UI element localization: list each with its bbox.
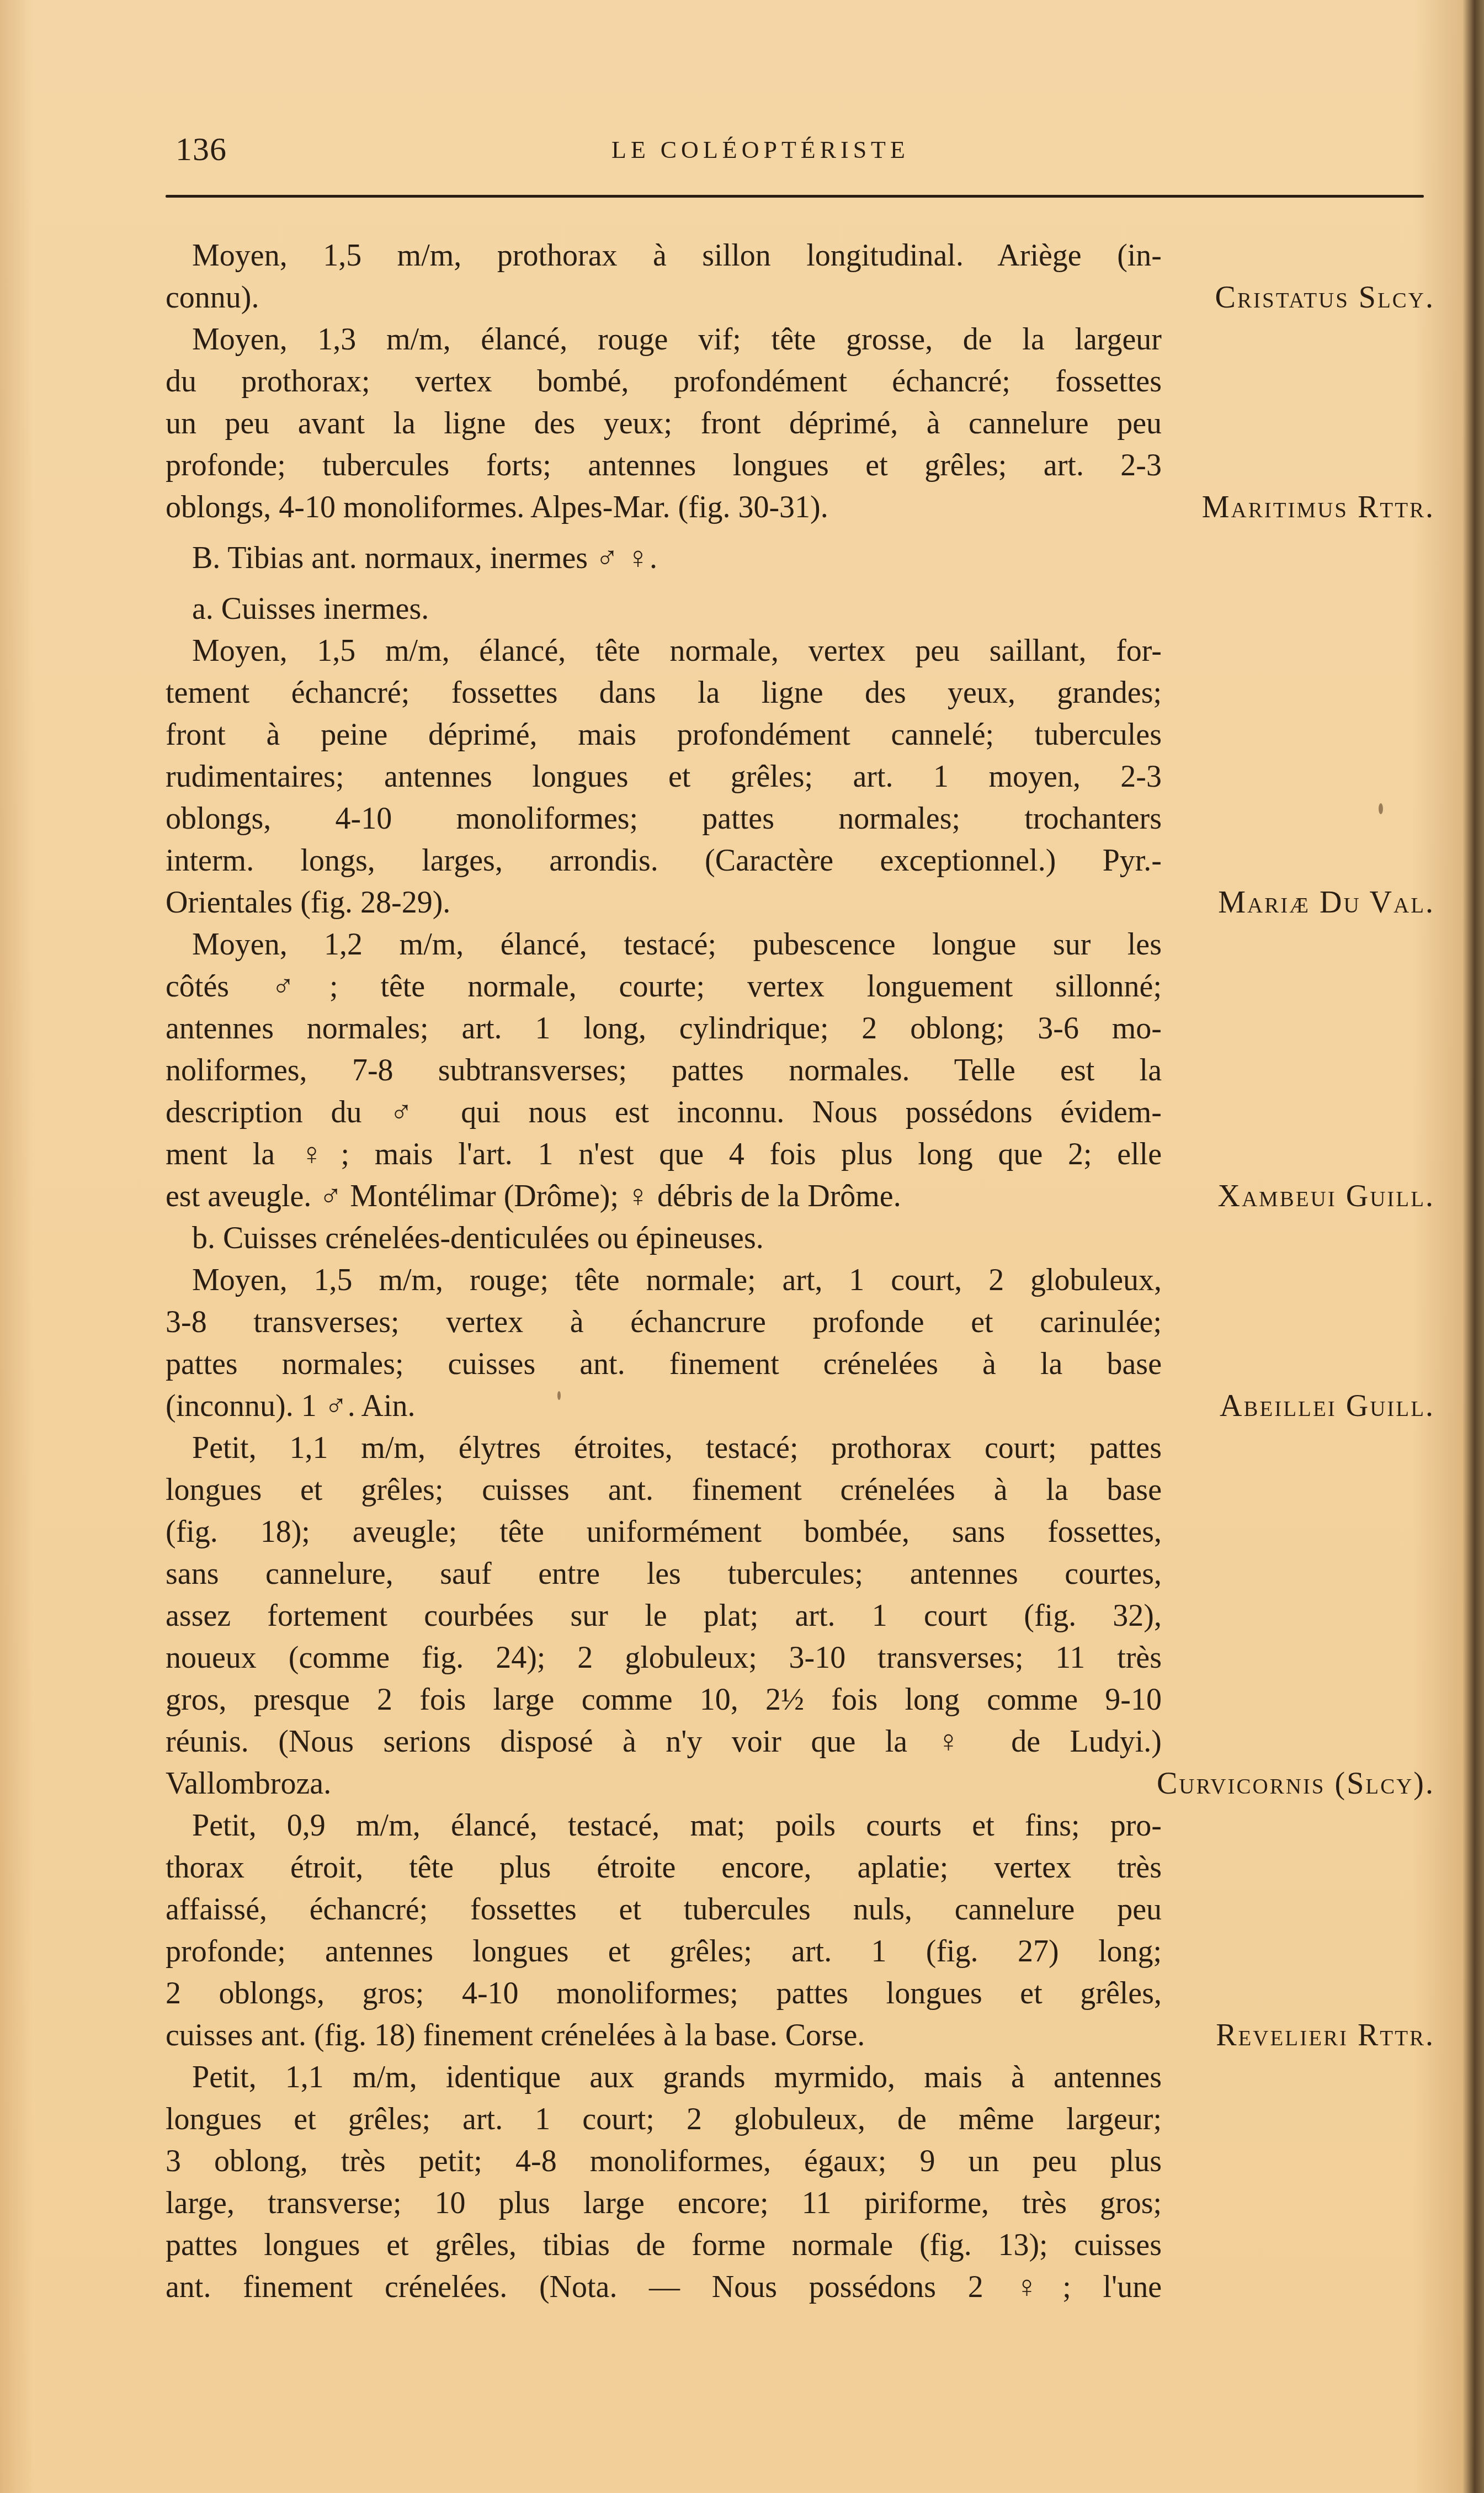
line-text: (inconnu). 1 ♂. Ain.	[166, 1385, 1162, 1427]
line-text: thorax étroit, tête plus étroite encore,…	[166, 1847, 1162, 1889]
text-line: Petit, 1,1 m/m, identique aux grands myr…	[166, 2056, 1435, 2098]
line-text: longues et grêles; cuisses ant. finement…	[166, 1469, 1162, 1511]
line-text: affaissé, échancré; fossettes et tubercu…	[166, 1889, 1162, 1930]
line-text: noueux (comme fig. 24); 2 globuleux; 3-1…	[166, 1637, 1162, 1679]
species-entry: Petit, 0,9 m/m, élancé, testacé, mat; po…	[166, 1805, 1435, 2056]
text-line: assez fortement courbées sur le plat; ar…	[166, 1595, 1435, 1637]
subsection-heading: a. Cuisses inermes.	[166, 588, 1435, 630]
line-text: antennes normales; art. 1 long, cylindri…	[166, 1007, 1162, 1049]
line-text: 3 oblong, très petit; 4-8 monoliformes, …	[166, 2140, 1162, 2182]
line-text: pattes normales; cuisses ant. finement c…	[166, 1343, 1162, 1385]
line-text: Orientales (fig. 28-29).	[166, 882, 1162, 924]
line-text: ment la ♀; mais l'art. 1 n'est que 4 foi…	[166, 1133, 1162, 1175]
species-entry: Moyen, 1,3 m/m, élancé, rouge vif; tête …	[166, 319, 1435, 528]
text-line: profonde; antennes longues et grêles; ar…	[166, 1930, 1435, 1972]
running-title: LE COLÉOPTÉRISTE	[611, 136, 909, 164]
line-text: est aveugle. ♂ Montélimar (Drôme); ♀ déb…	[166, 1175, 1162, 1217]
line-text: Petit, 0,9 m/m, élancé, testacé, mat; po…	[166, 1805, 1162, 1847]
line-text: Moyen, 1,5 m/m, élancé, tête normale, ve…	[166, 630, 1162, 672]
line-text: Moyen, 1,2 m/m, élancé, testacé; pubesce…	[166, 924, 1162, 966]
line-text: tement échancré; fossettes dans la ligne…	[166, 672, 1162, 714]
species-name: Cristatus Slcy.	[1215, 277, 1435, 319]
line-text: réunis. (Nous serions disposé à n'y voir…	[166, 1721, 1162, 1763]
line-text: pattes longues et grêles, tibias de form…	[166, 2224, 1162, 2266]
line-text: profonde; tubercules forts; antennes lon…	[166, 444, 1162, 486]
page-body: Moyen, 1,5 m/m, prothorax à sillon longi…	[166, 235, 1435, 2308]
text-line: Moyen, 1,5 m/m, rouge; tête normale; art…	[166, 1259, 1435, 1301]
heading-text: b. Cuisses crénelées-denticulées ou épin…	[166, 1217, 1162, 1259]
line-text: large, transverse; 10 plus large encore;…	[166, 2182, 1162, 2224]
line-text: sans cannelure, sauf entre les tubercule…	[166, 1553, 1162, 1595]
line-text: (fig. 18); aveugle; tête uniformément bo…	[166, 1511, 1162, 1553]
line-text: ant. finement crénelées. (Nota. — Nous p…	[166, 2266, 1162, 2308]
text-line: Moyen, 1,3 m/m, élancé, rouge vif; tête …	[166, 319, 1435, 360]
text-line: (inconnu). 1 ♂. Ain.Abeillei Guill.	[166, 1385, 1435, 1427]
text-line: pattes normales; cuisses ant. finement c…	[166, 1343, 1435, 1385]
text-line: longues et grêles; cuisses ant. finement…	[166, 1469, 1435, 1511]
text-line: front à peine déprimé, mais profondément…	[166, 714, 1435, 756]
text-line: ment la ♀; mais l'art. 1 n'est que 4 foi…	[166, 1133, 1435, 1175]
text-line: thorax étroit, tête plus étroite encore,…	[166, 1847, 1435, 1889]
page-number: 136	[175, 130, 227, 168]
line-text: un peu avant la ligne des yeux; front dé…	[166, 402, 1162, 444]
scanned-page: 136 LE COLÉOPTÉRISTE Moyen, 1,5 m/m, pro…	[0, 0, 1484, 2493]
text-line: rudimentaires; antennes longues et grêle…	[166, 756, 1435, 798]
line-text: rudimentaires; antennes longues et grêle…	[166, 756, 1162, 798]
species-entry: Moyen, 1,2 m/m, élancé, testacé; pubesce…	[166, 924, 1435, 1217]
header-rule	[166, 195, 1424, 198]
species-entry: Petit, 1,1 m/m, élytres étroites, testac…	[166, 1427, 1435, 1805]
text-line: description du ♂ qui nous est inconnu. N…	[166, 1091, 1435, 1133]
line-text: profonde; antennes longues et grêles; ar…	[166, 1930, 1162, 1972]
heading-text: a. Cuisses inermes.	[166, 588, 1162, 630]
text-line: interm. longs, larges, arrondis. (Caract…	[166, 840, 1435, 882]
species-entry: Moyen, 1,5 m/m, élancé, tête normale, ve…	[166, 630, 1435, 924]
text-line: oblongs, 4-10 monoliformes; pattes norma…	[166, 798, 1435, 840]
text-line: profonde; tubercules forts; antennes lon…	[166, 444, 1435, 486]
species-name: Revelieri Rttr.	[1216, 2014, 1435, 2056]
text-line: Moyen, 1,2 m/m, élancé, testacé; pubesce…	[166, 924, 1435, 966]
text-line: tement échancré; fossettes dans la ligne…	[166, 672, 1435, 714]
species-name: Curvicornis (Slcy).	[1157, 1763, 1435, 1805]
line-text: du prothorax; vertex bombé, profondément…	[166, 360, 1162, 402]
page-header: 136 LE COLÉOPTÉRISTE	[175, 130, 1428, 169]
text-line: 3-8 transverses; vertex à échancrure pro…	[166, 1301, 1435, 1343]
section-heading: B. Tibias ant. normaux, inermes ♂ ♀.	[166, 537, 1435, 579]
text-line: large, transverse; 10 plus large encore;…	[166, 2182, 1435, 2224]
text-line: réunis. (Nous serions disposé à n'y voir…	[166, 1721, 1435, 1763]
text-line: oblongs, 4-10 monoliformes. Alpes-Mar. (…	[166, 486, 1435, 528]
species-name: Maritimus Rttr.	[1202, 486, 1435, 528]
text-line: longues et grêles; art. 1 court; 2 globu…	[166, 2098, 1435, 2140]
line-text: cuisses ant. (fig. 18) finement crénelée…	[166, 2014, 1162, 2056]
line-text: Vallombroza.	[166, 1763, 1162, 1805]
line-text: Petit, 1,1 m/m, identique aux grands myr…	[166, 2056, 1162, 2098]
line-text: longues et grêles; art. 1 court; 2 globu…	[166, 2098, 1162, 2140]
text-line: un peu avant la ligne des yeux; front dé…	[166, 402, 1435, 444]
text-line: du prothorax; vertex bombé, profondément…	[166, 360, 1435, 402]
line-text: 2 oblongs, gros; 4-10 monoliformes; patt…	[166, 1972, 1162, 2014]
subsection-heading: b. Cuisses crénelées-denticulées ou épin…	[166, 1217, 1435, 1259]
line-text: 3-8 transverses; vertex à échancrure pro…	[166, 1301, 1162, 1343]
line-text: Moyen, 1,5 m/m, prothorax à sillon longi…	[166, 235, 1162, 277]
line-text: oblongs, 4-10 monoliformes. Alpes-Mar. (…	[166, 486, 1162, 528]
text-line: noliformes, 7-8 subtransverses; pattes n…	[166, 1049, 1435, 1091]
text-line: Moyen, 1,5 m/m, élancé, tête normale, ve…	[166, 630, 1435, 672]
species-name: Abeillei Guill.	[1220, 1385, 1435, 1427]
text-line: cuisses ant. (fig. 18) finement crénelée…	[166, 2014, 1435, 2056]
text-line: 2 oblongs, gros; 4-10 monoliformes; patt…	[166, 1972, 1435, 2014]
line-text: interm. longs, larges, arrondis. (Caract…	[166, 840, 1162, 882]
species-entry: Moyen, 1,5 m/m, rouge; tête normale; art…	[166, 1259, 1435, 1427]
text-line: Moyen, 1,5 m/m, prothorax à sillon longi…	[166, 235, 1435, 277]
text-line: Petit, 1,1 m/m, élytres étroites, testac…	[166, 1427, 1435, 1469]
species-entry: Moyen, 1,5 m/m, prothorax à sillon longi…	[166, 235, 1435, 319]
text-line: antennes normales; art. 1 long, cylindri…	[166, 1007, 1435, 1049]
heading-text: B. Tibias ant. normaux, inermes ♂ ♀.	[166, 537, 1162, 579]
paper-speck	[557, 1391, 561, 1400]
paper-speck	[1379, 803, 1383, 814]
species-name: Mariæ Du Val.	[1218, 882, 1435, 924]
text-line: 3 oblong, très petit; 4-8 monoliformes, …	[166, 2140, 1435, 2182]
line-text: assez fortement courbées sur le plat; ar…	[166, 1595, 1162, 1637]
text-line: ant. finement crénelées. (Nota. — Nous p…	[166, 2266, 1435, 2308]
text-line: gros, presque 2 fois large comme 10, 2½ …	[166, 1679, 1435, 1721]
species-name: Xambeui Guill.	[1217, 1175, 1435, 1217]
line-text: côtés ♂; tête normale, courte; vertex lo…	[166, 966, 1162, 1007]
text-line: connu).Cristatus Slcy.	[166, 277, 1435, 319]
line-text: Petit, 1,1 m/m, élytres étroites, testac…	[166, 1427, 1162, 1469]
text-line: côtés ♂; tête normale, courte; vertex lo…	[166, 966, 1435, 1007]
line-text: gros, presque 2 fois large comme 10, 2½ …	[166, 1679, 1162, 1721]
line-text: noliformes, 7-8 subtransverses; pattes n…	[166, 1049, 1162, 1091]
species-entry: Petit, 1,1 m/m, identique aux grands myr…	[166, 2056, 1435, 2308]
text-line: (fig. 18); aveugle; tête uniformément bo…	[166, 1511, 1435, 1553]
text-line: Vallombroza.Curvicornis (Slcy).	[166, 1763, 1435, 1805]
line-text: connu).	[166, 277, 1162, 319]
text-line: est aveugle. ♂ Montélimar (Drôme); ♀ déb…	[166, 1175, 1435, 1217]
text-line: sans cannelure, sauf entre les tubercule…	[166, 1553, 1435, 1595]
line-text: Moyen, 1,3 m/m, élancé, rouge vif; tête …	[166, 319, 1162, 360]
line-text: oblongs, 4-10 monoliformes; pattes norma…	[166, 798, 1162, 840]
line-text: description du ♂ qui nous est inconnu. N…	[166, 1091, 1162, 1133]
text-line: Orientales (fig. 28-29).Mariæ Du Val.	[166, 882, 1435, 924]
text-line: affaissé, échancré; fossettes et tubercu…	[166, 1889, 1435, 1930]
text-line: Petit, 0,9 m/m, élancé, testacé, mat; po…	[166, 1805, 1435, 1847]
text-line: pattes longues et grêles, tibias de form…	[166, 2224, 1435, 2266]
line-text: front à peine déprimé, mais profondément…	[166, 714, 1162, 756]
line-text: Moyen, 1,5 m/m, rouge; tête normale; art…	[166, 1259, 1162, 1301]
text-line: noueux (comme fig. 24); 2 globuleux; 3-1…	[166, 1637, 1435, 1679]
